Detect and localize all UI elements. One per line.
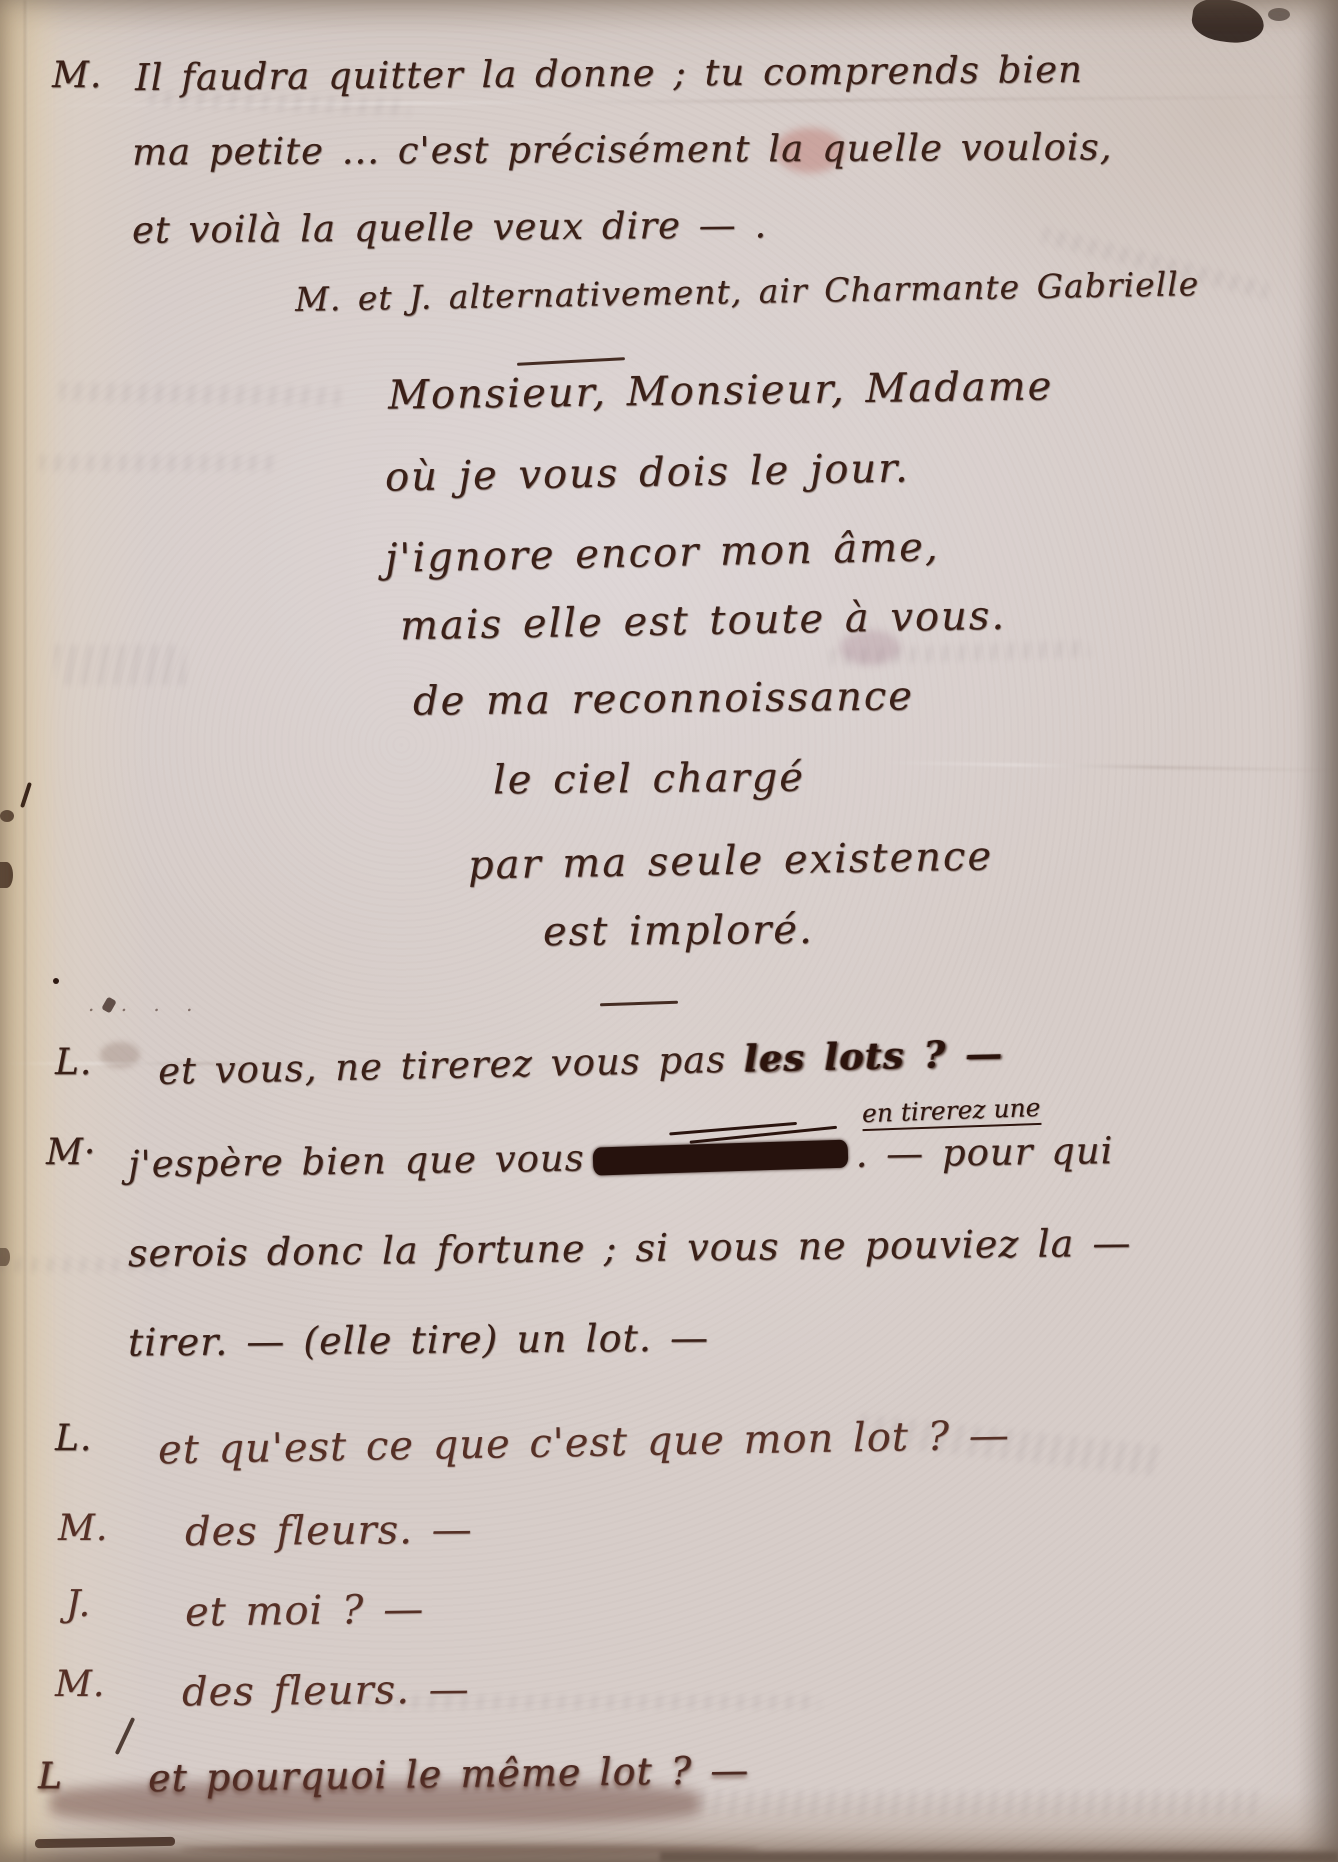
section-divider bbox=[600, 1001, 678, 1007]
dialogue-line: tirer. — (elle tire) un lot. — bbox=[128, 1315, 709, 1364]
dialogue-line: et qu'est ce que c'est que mon lot ? — bbox=[158, 1413, 1010, 1474]
dialogue-line: des fleurs. — bbox=[185, 1507, 473, 1556]
ink-stain bbox=[1268, 8, 1290, 21]
verse-line: le ciel chargé bbox=[493, 755, 805, 804]
speaker-label: L bbox=[38, 1756, 63, 1797]
bottom-edge-shadow bbox=[660, 1852, 1338, 1862]
dialogue-text: et vous, ne tirerez vous pas bbox=[158, 1038, 727, 1093]
bottom-ink-line bbox=[35, 1837, 175, 1848]
gray-smudge bbox=[100, 1042, 140, 1068]
dialogue-line: j'espère bien que vous. — pour qui bbox=[128, 1129, 1114, 1186]
stray-ink-mark bbox=[0, 862, 13, 888]
verse-line: par ma seule existence bbox=[468, 833, 994, 888]
dialogue-line: et vous, ne tirerez vous pas les lots ? … bbox=[158, 1031, 1004, 1093]
verse-line: Monsieur, Monsieur, Madame bbox=[388, 363, 1054, 418]
paper-fold bbox=[24, 0, 28, 1862]
dialogue-text: . — pour qui bbox=[855, 1129, 1113, 1176]
ghost-showthrough bbox=[55, 645, 185, 685]
speaker-label: M. bbox=[52, 55, 102, 96]
verse-line: de ma reconnoissance bbox=[413, 673, 914, 724]
manuscript-line: Il faudra quitter la donne ; tu comprend… bbox=[135, 48, 1083, 99]
ghost-showthrough bbox=[700, 1790, 1260, 1816]
strikethrough-blob bbox=[592, 1140, 848, 1176]
stray-ink-mark bbox=[0, 810, 14, 822]
tune-heading: M. et J. alternativement, air Charmante … bbox=[295, 264, 1200, 319]
verse-line: mais elle est toute à vous. bbox=[400, 593, 1007, 650]
paper-crease bbox=[880, 761, 1338, 772]
ghost-showthrough bbox=[60, 383, 340, 406]
manuscript-line: et voilà la quelle veux dire — . bbox=[132, 203, 768, 252]
dialogue-line: et moi ? — bbox=[185, 1586, 425, 1635]
verse-line: est imploré. bbox=[543, 907, 814, 955]
stray-ink-mark bbox=[53, 978, 59, 984]
margin-dots: . . . . bbox=[88, 992, 203, 1016]
heading-underline bbox=[517, 357, 625, 366]
speaker-label: L. bbox=[55, 1418, 92, 1459]
manuscript-page: M. Il faudra quitter la donne ; tu compr… bbox=[0, 0, 1338, 1862]
manuscript-line: ma petite ... c'est précisément la quell… bbox=[132, 125, 1113, 173]
speaker-label: L. bbox=[55, 1042, 92, 1083]
ghost-showthrough bbox=[830, 640, 1090, 665]
dialogue-line: des fleurs. — bbox=[182, 1666, 470, 1715]
speaker-label: M. bbox=[58, 1508, 108, 1549]
dialogue-line: et pourquoi le même lot ? — bbox=[148, 1748, 750, 1800]
dialogue-line: serois donc la fortune ; si vous ne pouv… bbox=[128, 1221, 1132, 1276]
interlinear-correction: en tirerez une bbox=[861, 1093, 1041, 1131]
speaker-label: M· bbox=[46, 1132, 96, 1173]
ink-stain bbox=[1189, 0, 1266, 47]
speaker-label: M. bbox=[55, 1664, 105, 1705]
bottom-smear bbox=[180, 1844, 760, 1855]
blotted-words: les lots ? — bbox=[743, 1031, 1003, 1080]
speaker-label: J. bbox=[66, 1584, 91, 1625]
stray-ink-mark bbox=[115, 1717, 136, 1755]
stray-ink-mark bbox=[0, 1248, 10, 1266]
ghost-showthrough bbox=[40, 455, 280, 471]
dialogue-text: j'espère bien que vous bbox=[128, 1137, 585, 1186]
verse-line: où je vous dois le jour. bbox=[385, 445, 910, 500]
verse-line: j'ignore encor mon âme, bbox=[385, 524, 940, 582]
